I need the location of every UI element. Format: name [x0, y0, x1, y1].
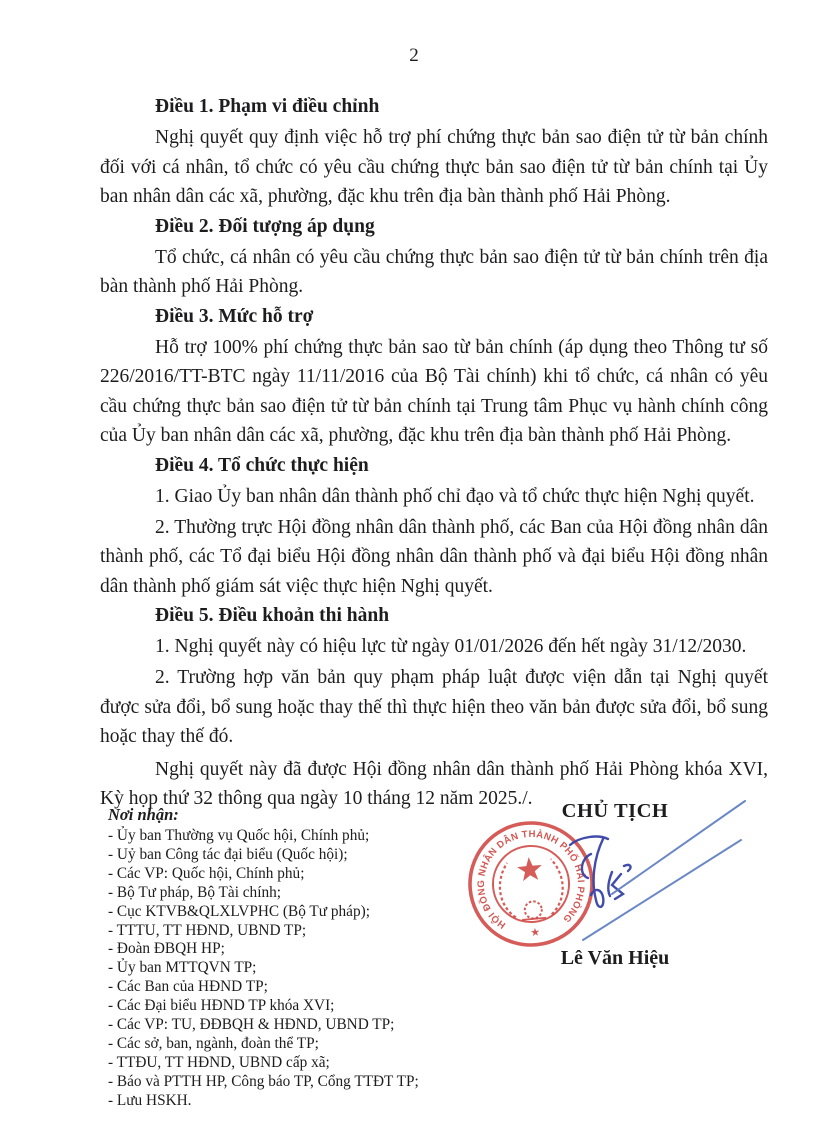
recipient-item: - Các Ban của HĐND TP; — [108, 978, 468, 997]
paragraph: 2. Trường hợp văn bản quy phạm pháp luật… — [100, 663, 768, 752]
document-body: Điều 1. Phạm vi điều chỉnh Nghị quyết qu… — [100, 92, 768, 814]
recipient-item: - Lưu HSKH. — [108, 1092, 468, 1111]
article-3-heading: Điều 3. Mức hỗ trợ — [100, 302, 768, 332]
paragraph: 1. Nghị quyết này có hiệu lực từ ngày 01… — [100, 632, 768, 662]
article-2-paragraphs: Tổ chức, cá nhân có yêu cầu chứng thực b… — [100, 243, 768, 302]
recipient-item: - Đoàn ĐBQH HP; — [108, 940, 468, 959]
page-number: 2 — [0, 0, 828, 69]
recipient-item: - TTĐU, TT HĐND, UBND cấp xã; — [108, 1054, 468, 1073]
article-5-paragraphs: 1. Nghị quyết này có hiệu lực từ ngày 01… — [100, 632, 768, 752]
article-3: Điều 3. Mức hỗ trợ Hỗ trợ 100% phí chứng… — [100, 302, 768, 451]
article-4-heading: Điều 4. Tổ chức thực hiện — [100, 451, 768, 481]
signature-lines-icon — [583, 801, 745, 940]
paragraph: Nghị quyết quy định việc hỗ trợ phí chứn… — [100, 123, 768, 212]
recipient-item: - Các Đại biểu HĐND TP khóa XVI; — [108, 997, 468, 1016]
emblem-wreath-left-icon — [498, 863, 516, 919]
recipient-item: - Các VP: TU, ĐĐBQH & HĐND, UBND TP; — [108, 1016, 468, 1035]
article-1: Điều 1. Phạm vi điều chỉnh Nghị quyết qu… — [100, 92, 768, 212]
seal-bottom-star-icon: ★ — [530, 925, 541, 939]
recipient-item: - Bộ Tư pháp, Bộ Tài chính; — [108, 884, 468, 903]
paragraph: 2. Thường trực Hội đồng nhân dân thành p… — [100, 513, 768, 602]
recipient-item: - Báo và PTTH HP, Công báo TP, Cổng TTĐT… — [108, 1073, 468, 1092]
emblem-gear-icon — [524, 901, 542, 919]
signature-footer: Nơi nhận: - Ủy ban Thường vụ Quốc hội, C… — [0, 795, 828, 1125]
article-5-heading: Điều 5. Điều khoản thi hành — [100, 601, 768, 631]
recipient-item: - TTTU, TT HĐND, UBND TP; — [108, 922, 468, 941]
emblem-star-icon — [516, 856, 543, 882]
article-1-paragraphs: Nghị quyết quy định việc hỗ trợ phí chứn… — [100, 123, 768, 212]
recipients-list: - Ủy ban Thường vụ Quốc hội, Chính phủ;-… — [108, 827, 468, 1111]
recipient-item: - Ủy ban Thường vụ Quốc hội, Chính phủ; — [108, 827, 468, 846]
recipient-item: - Cục KTVB&QLXLVPHC (Bộ Tư pháp); — [108, 903, 468, 922]
paragraph: Hỗ trợ 100% phí chứng thực bản sao từ bả… — [100, 333, 768, 451]
signer-name: Lê Văn Hiệu — [505, 947, 725, 970]
recipients-block: Nơi nhận: - Ủy ban Thường vụ Quốc hội, C… — [108, 805, 468, 1111]
paragraph: Tổ chức, cá nhân có yêu cầu chứng thực b… — [100, 243, 768, 302]
document-page: 2 Điều 1. Phạm vi điều chỉnh Nghị quyết … — [0, 0, 828, 1125]
article-2: Điều 2. Đối tượng áp dụng Tổ chức, cá nh… — [100, 212, 768, 302]
official-seal-icon: HỘI ĐỒNG NHÂN DÂN THÀNH PHỐ HẢI PHÒNG ★ — [465, 818, 597, 950]
article-4: Điều 4. Tổ chức thực hiện 1. Giao Ủy ban… — [100, 451, 768, 602]
article-4-paragraphs: 1. Giao Ủy ban nhân dân thành phố chỉ đạ… — [100, 482, 768, 602]
article-2-heading: Điều 2. Đối tượng áp dụng — [100, 212, 768, 242]
paragraph: 1. Giao Ủy ban nhân dân thành phố chỉ đạ… — [100, 482, 768, 512]
article-5: Điều 5. Điều khoản thi hành 1. Nghị quyế… — [100, 601, 768, 752]
recipient-item: - Uỷ ban Công tác đại biểu (Quốc hội); — [108, 846, 468, 865]
recipient-item: - Các sở, ban, ngành, đoàn thể TP; — [108, 1035, 468, 1054]
article-3-paragraphs: Hỗ trợ 100% phí chứng thực bản sao từ bả… — [100, 333, 768, 451]
seal-signature-graphic: HỘI ĐỒNG NHÂN DÂN THÀNH PHỐ HẢI PHÒNG ★ — [455, 795, 775, 1015]
recipients-label: Nơi nhận: — [108, 805, 468, 825]
seal-and-signature: HỘI ĐỒNG NHÂN DÂN THÀNH PHỐ HẢI PHÒNG ★ — [455, 795, 775, 1015]
recipient-item: - Ủy ban MTTQVN TP; — [108, 959, 468, 978]
recipient-item: - Các VP: Quốc hội, Chính phủ; — [108, 865, 468, 884]
article-1-heading: Điều 1. Phạm vi điều chỉnh — [100, 92, 768, 122]
